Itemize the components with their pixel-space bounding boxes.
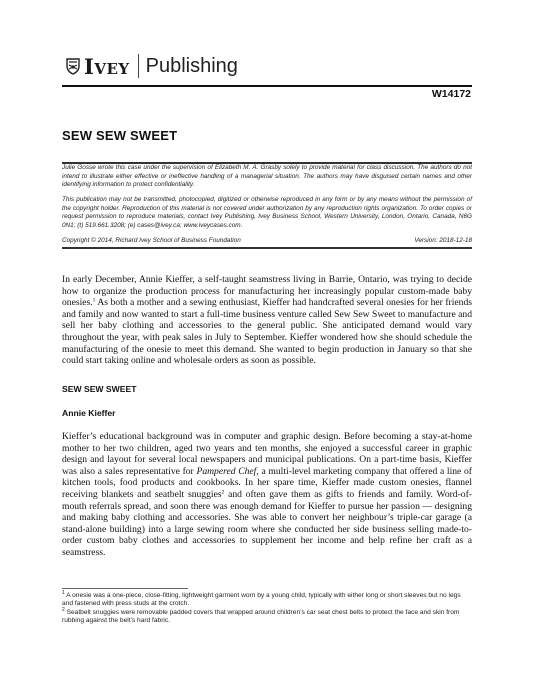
copyright-text: Copyright © 2014, Richard Ivey School of… (62, 237, 241, 244)
intro-paragraph: In early December, Annie Kieffer, a self… (62, 274, 472, 367)
background-paragraph: Kieffer’s educational background was in … (62, 431, 472, 559)
document-page: Ivey Publishing W14172 SEW SEW SWEET Jul… (0, 0, 533, 690)
copyright-row: Copyright © 2014, Richard Ivey School of… (62, 237, 472, 244)
ivey-publishing-logo: Ivey Publishing (66, 51, 238, 81)
ivey-crest-icon (66, 58, 80, 75)
footnote-text: A onesie was a one-piece, close-fitting,… (62, 592, 461, 607)
footnote-divider (62, 588, 188, 589)
header-rule (62, 85, 472, 87)
footnote-1: 1 A onesie was a one-piece, close-fittin… (62, 592, 472, 609)
logo-divider (138, 54, 139, 78)
notice-bottom-rule (62, 247, 472, 249)
case-number: W14172 (432, 88, 471, 100)
footnote-text: Seatbelt snuggies were removable padded … (62, 609, 459, 624)
company-name: Pampered Chef (196, 466, 256, 477)
permissions-notice: This publication may not be transmitted,… (62, 196, 472, 230)
subsection-heading: Annie Kieffer (62, 408, 115, 418)
version-text: Version: 2018-12-18 (414, 237, 472, 244)
logo-division-text: Publishing (146, 56, 238, 76)
authorship-notice: Julie Gosse wrote this case under the su… (62, 164, 472, 190)
case-title: SEW SEW SWEET (62, 128, 177, 143)
footnote-2: 2 Seatbelt snuggies were removable padde… (62, 609, 472, 626)
intro-text-part2: As both a mother and a sewing enthusiast… (62, 297, 472, 366)
logo-brand-text: Ivey (84, 56, 130, 77)
section-heading: SEW SEW SWEET (62, 384, 136, 394)
